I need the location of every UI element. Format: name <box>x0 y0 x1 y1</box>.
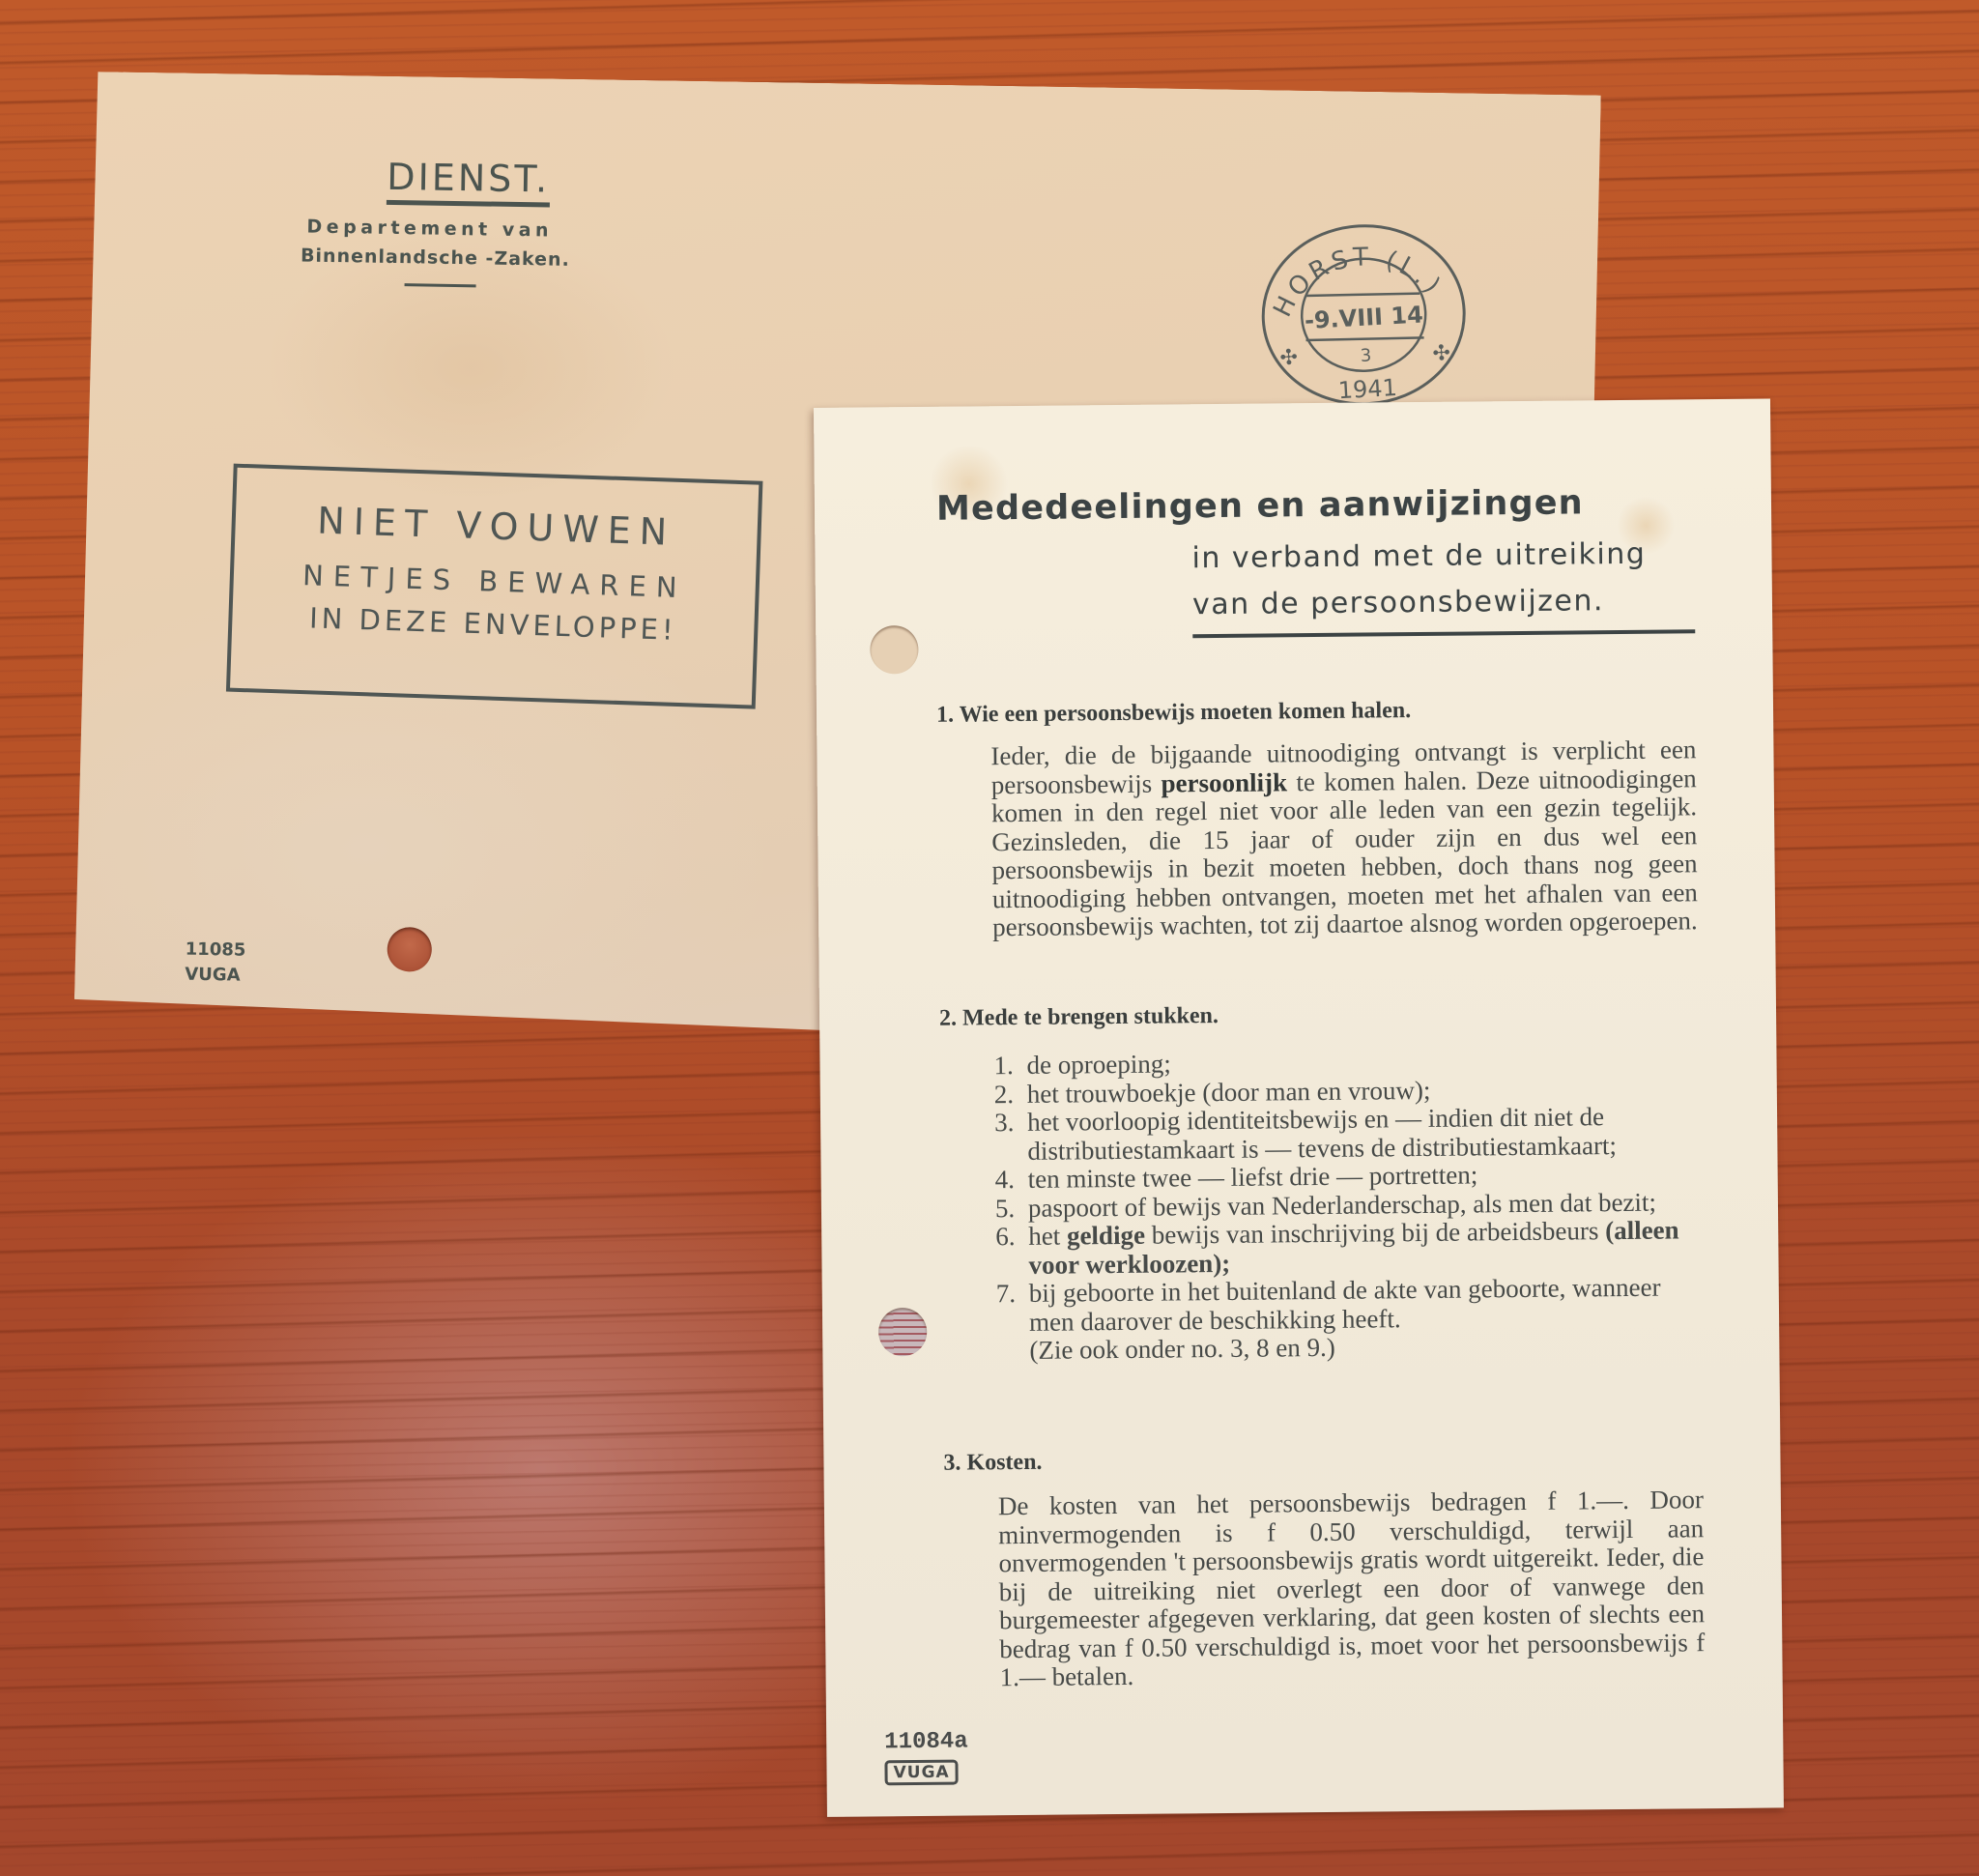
note-text: (Zie ook onder no. 3, 8 en 9.) <box>1029 1333 1335 1365</box>
item-number: 5. <box>995 1195 1016 1224</box>
section-3-body: De kosten van het persoonsbewijs bedrage… <box>998 1486 1706 1691</box>
punch-hole-icon <box>870 625 918 674</box>
envelope-printer: VUGA <box>185 963 245 989</box>
postmark-cross-right-icon: ✣ <box>1432 341 1451 366</box>
item-text: het trouwboekje (door man en vrouw); <box>1027 1075 1431 1108</box>
leaflet: Mededeelingen en aanwijzingen in verband… <box>814 398 1784 1816</box>
section-1-emphasis: persoonlijk <box>1161 767 1287 797</box>
section-3-heading: 3. Kosten. <box>943 1450 1042 1477</box>
leaflet-title: Mededeelingen en aanwijzingen <box>936 483 1584 528</box>
item-text: het <box>1028 1222 1067 1251</box>
item-text: bij geboorte in het buitenland de akte v… <box>1029 1273 1661 1337</box>
list-item: 3.het voorloopig identiteitsbewijs en — … <box>994 1102 1710 1166</box>
punch-hole-icon <box>387 927 432 972</box>
item-number: 4. <box>995 1166 1016 1195</box>
leaflet-subtitle-1: in verband met de uitreiking <box>1191 537 1646 576</box>
department-line-1: Departement van <box>306 216 553 242</box>
postmark-stamp: HORST (L.) -9.VIII 14 3 1941 ✣ ✣ <box>1251 216 1476 415</box>
postmark-date: -9.VIII 14 <box>1304 301 1423 334</box>
item-number: 1. <box>993 1052 1014 1081</box>
item-text: bewijs van inschrijving bij de arbeidsbe… <box>1145 1216 1605 1250</box>
notice-line-3: IN DEZE ENVELOPPE! <box>232 599 755 649</box>
item-emphasis: geldige <box>1067 1221 1145 1251</box>
leaflet-subtitle-2: van de persoonsbewijzen. <box>1192 584 1604 621</box>
postmark-year: 1941 <box>1337 374 1398 404</box>
item-text: de oproeping; <box>1026 1049 1170 1079</box>
list-item: 7.bij geboorte in het buitenland de akte… <box>996 1273 1712 1337</box>
item-number: 7. <box>996 1280 1017 1309</box>
department-line-2: Binnenlandsche -Zaken. <box>301 245 570 270</box>
punch-hole-icon <box>878 1308 927 1356</box>
leaflet-print-code: 11084a <box>884 1729 968 1756</box>
documents-list: 1.de oproeping; 2.het trouwboekje (door … <box>993 1045 1711 1366</box>
title-rule <box>1192 629 1695 638</box>
item-number: 3. <box>994 1109 1015 1138</box>
header-rule <box>405 283 476 287</box>
section-1-heading: 1. Wie een persoonsbewijs moeten komen h… <box>936 698 1411 729</box>
item-number: 2. <box>994 1081 1015 1110</box>
item-text: het voorloopig identiteitsbewijs en — in… <box>1027 1102 1617 1165</box>
leaflet-printer-badge: VUGA <box>884 1760 958 1786</box>
envelope-print-code: 11085 <box>186 938 246 964</box>
notice-box: NIET VOUWEN NETJES BEWAREN IN DEZE ENVEL… <box>226 464 763 709</box>
notice-line-1: NIET VOUWEN <box>235 497 758 557</box>
section-2-heading: 2. Mede te brengen stukken. <box>939 1003 1219 1032</box>
postmark-cross-left-icon: ✣ <box>1279 346 1299 371</box>
envelope-header: DIENST. <box>387 156 551 208</box>
postmark-sub: 3 <box>1360 345 1372 366</box>
envelope-print-info: 11085 VUGA <box>185 938 245 989</box>
notice-line-2: NETJES BEWAREN <box>233 557 756 607</box>
section-1-body: Ieder, die de bijgaande uitnoodiging ont… <box>990 736 1698 941</box>
item-number: 6. <box>995 1223 1016 1252</box>
list-note: (Zie ook onder no. 3, 8 en 9.) <box>996 1330 1711 1366</box>
list-item: 6.het geldige bewijs van inschrijving bi… <box>995 1216 1711 1280</box>
